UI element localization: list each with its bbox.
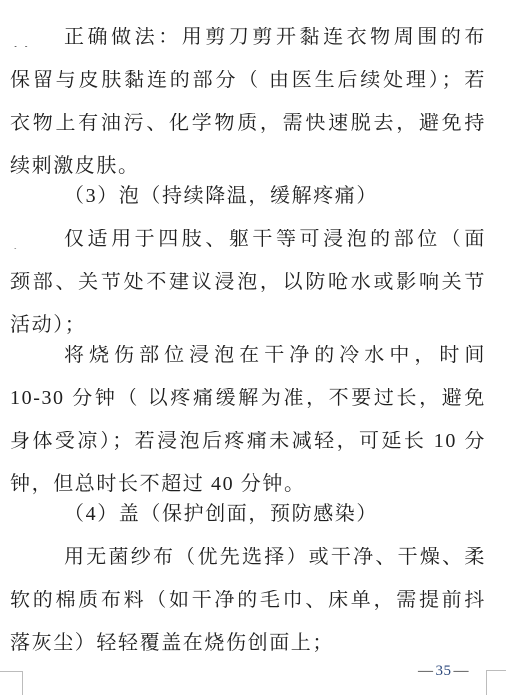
text-line: 仅适用于四肢、躯干等可浸泡的部位（面部、 <box>10 229 486 249</box>
text-line: 正确做法：用剪刀剪开黏连衣物周围的布料， <box>10 27 486 47</box>
document-body: 正确做法：用剪刀剪开黏连衣物周围的布料， 保留与皮肤黏连的部分（ 由医生后续处理… <box>10 0 486 653</box>
page-number-value: 35 <box>434 663 454 679</box>
section-heading: （3）泡（持续降温，缓解疼痛） <box>10 186 486 206</box>
text-line: 身体受凉）；若浸泡后疼痛未减轻，可延长 10 分 <box>10 431 486 451</box>
text-line: 保留与皮肤黏连的部分（ 由医生后续处理）；若 <box>10 70 486 90</box>
text-line: 用无菌纱布（优先选择）或干净、干燥、柔 <box>10 547 486 567</box>
text-line: 钟，但总时长不超过 40 分钟。 <box>10 474 486 494</box>
text-boundary-corner-mark-left <box>0 671 23 695</box>
text-line: 衣物上有油污、化学物质，需快速脱去，避免持 <box>10 113 486 133</box>
text-line: 续刺激皮肤。 <box>10 156 486 176</box>
text-line: 软的棉质布料（如干净的毛巾、床单，需提前抖 <box>10 590 486 610</box>
text-line: 将烧伤部位浸泡在干净的冷水中，时间 <box>10 345 486 365</box>
page-number-dash-right: — <box>454 663 470 679</box>
text-boundary-corner-mark-right <box>486 670 506 695</box>
text-line: 10-30 分钟（ 以疼痛缓解为准，不要过长，避免 <box>10 388 486 408</box>
page-number-dash-left: — <box>418 663 434 679</box>
text-line: 落灰尘）轻轻覆盖在烧伤创面上； <box>10 633 486 653</box>
section-heading: （4）盖（保护创面，预防感染） <box>10 504 486 524</box>
text-line: 活动）； <box>10 315 486 335</box>
page-number: —35— <box>418 663 469 679</box>
text-line: 颈部、关节处不建议浸泡，以防呛水或影响关节 <box>10 272 486 292</box>
document-page: 正确做法：用剪刀剪开黏连衣物周围的布料， 保留与皮肤黏连的部分（ 由医生后续处理… <box>0 0 506 695</box>
